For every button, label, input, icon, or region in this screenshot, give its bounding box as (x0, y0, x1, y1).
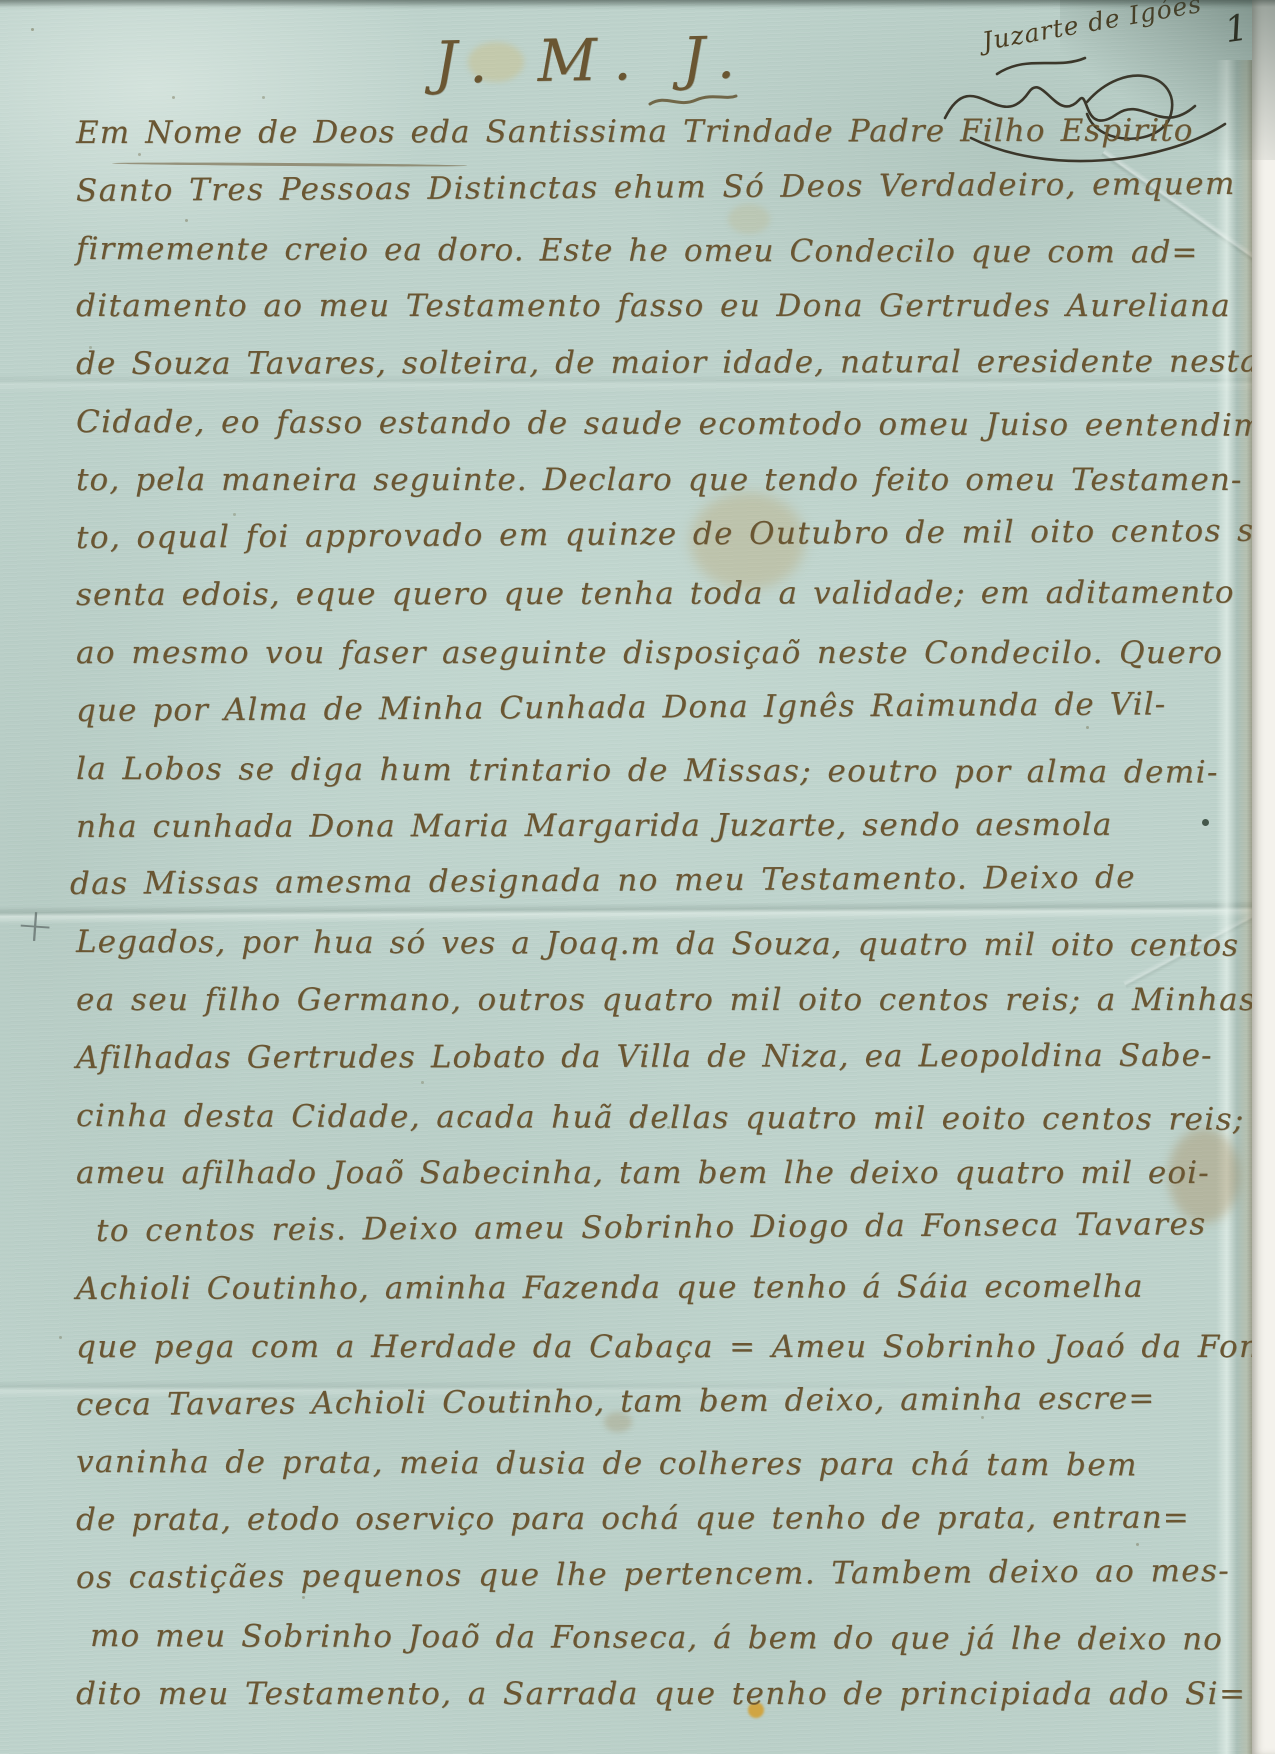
manuscript-line: Afilhadas Gertrudes Lobato da Villa de N… (76, 1027, 1221, 1087)
scan-background: J. M. J. Juzarte de Igóes 1. + Em Nome d… (0, 0, 1275, 1754)
manuscript-line: ao mesmo vou faser aseguinte disposiçaõ … (76, 625, 1221, 683)
manuscript-line: Cidade, eo fasso estando de saude ecomto… (76, 394, 1221, 455)
manuscript-line: os castiçães pequenos que lhe pertencem.… (76, 1543, 1221, 1608)
manuscript-line: de prata, etodo oserviço para ochá que t… (76, 1490, 1221, 1550)
manuscript-line: vaninha de prata, meia dusia de colheres… (76, 1434, 1221, 1495)
manuscript-line: ameu afilhado Joaõ Sabecinha, tam bem lh… (76, 1145, 1221, 1203)
manuscript-line: ea seu filho Germano, outros quatro mil … (76, 972, 1221, 1030)
manuscript-line: la Lobos se diga hum trintario de Missas… (76, 741, 1221, 802)
manuscript-line: que por Alma de Minha Cunhada Dona Ignês… (76, 676, 1221, 741)
scan-top-edge-shadow (0, 0, 1275, 7)
manuscript-line: das Missas amesma designada no meu Testa… (70, 849, 1221, 914)
manuscript-line: Santo Tres Pessoas Distinctas ehum Só De… (76, 156, 1221, 221)
manuscript-text: Em Nome de Deos eda Santissima Trindade … (76, 105, 1221, 1723)
manuscript-line: ditamento ao meu Testamento fasso eu Don… (76, 278, 1221, 336)
manuscript-line: Legados, por hua só ves a Joaq.m da Souz… (76, 914, 1221, 975)
scanner-bed-strip (1252, 0, 1275, 1754)
manuscript-line: nha cunhada Dona Maria Margarida Juzarte… (76, 796, 1221, 856)
manuscript-line: dito meu Testamento, a Sarrada que tenho… (76, 1666, 1221, 1724)
manuscript-line: ceca Tavares Achioli Coutinho, tam bem d… (76, 1370, 1221, 1435)
manuscript-line: Em Nome de Deos eda Santissima Trindade … (76, 103, 1221, 163)
manuscript-line: to, oqual foi approvado em quinze de Out… (76, 503, 1221, 568)
manuscript-line: to, pela maneira seguinte. Declaro que t… (76, 452, 1221, 510)
manuscript-line: cinha desta Cidade, acada huã dellas qua… (76, 1088, 1221, 1149)
pencil-cross-mark: + (14, 897, 56, 954)
manuscript-line: senta edois, eque quero que tenha toda a… (76, 565, 1221, 625)
manuscript-line: que pega com a Herdade da Cabaça = Ameu … (76, 1319, 1221, 1377)
manuscript-line: to centos reis. Deixo ameu Sobrinho Diog… (96, 1196, 1221, 1261)
manuscript-line: mo meu Sobrinho Joaõ da Fonseca, á bem d… (90, 1608, 1221, 1669)
manuscript-line: firmemente creio ea doro. Este he omeu C… (76, 221, 1221, 282)
manuscript-line: Achioli Coutinho, aminha Fazenda que ten… (76, 1259, 1221, 1319)
manuscript-line: de Souza Tavares, solteira, de maior ida… (76, 334, 1221, 394)
